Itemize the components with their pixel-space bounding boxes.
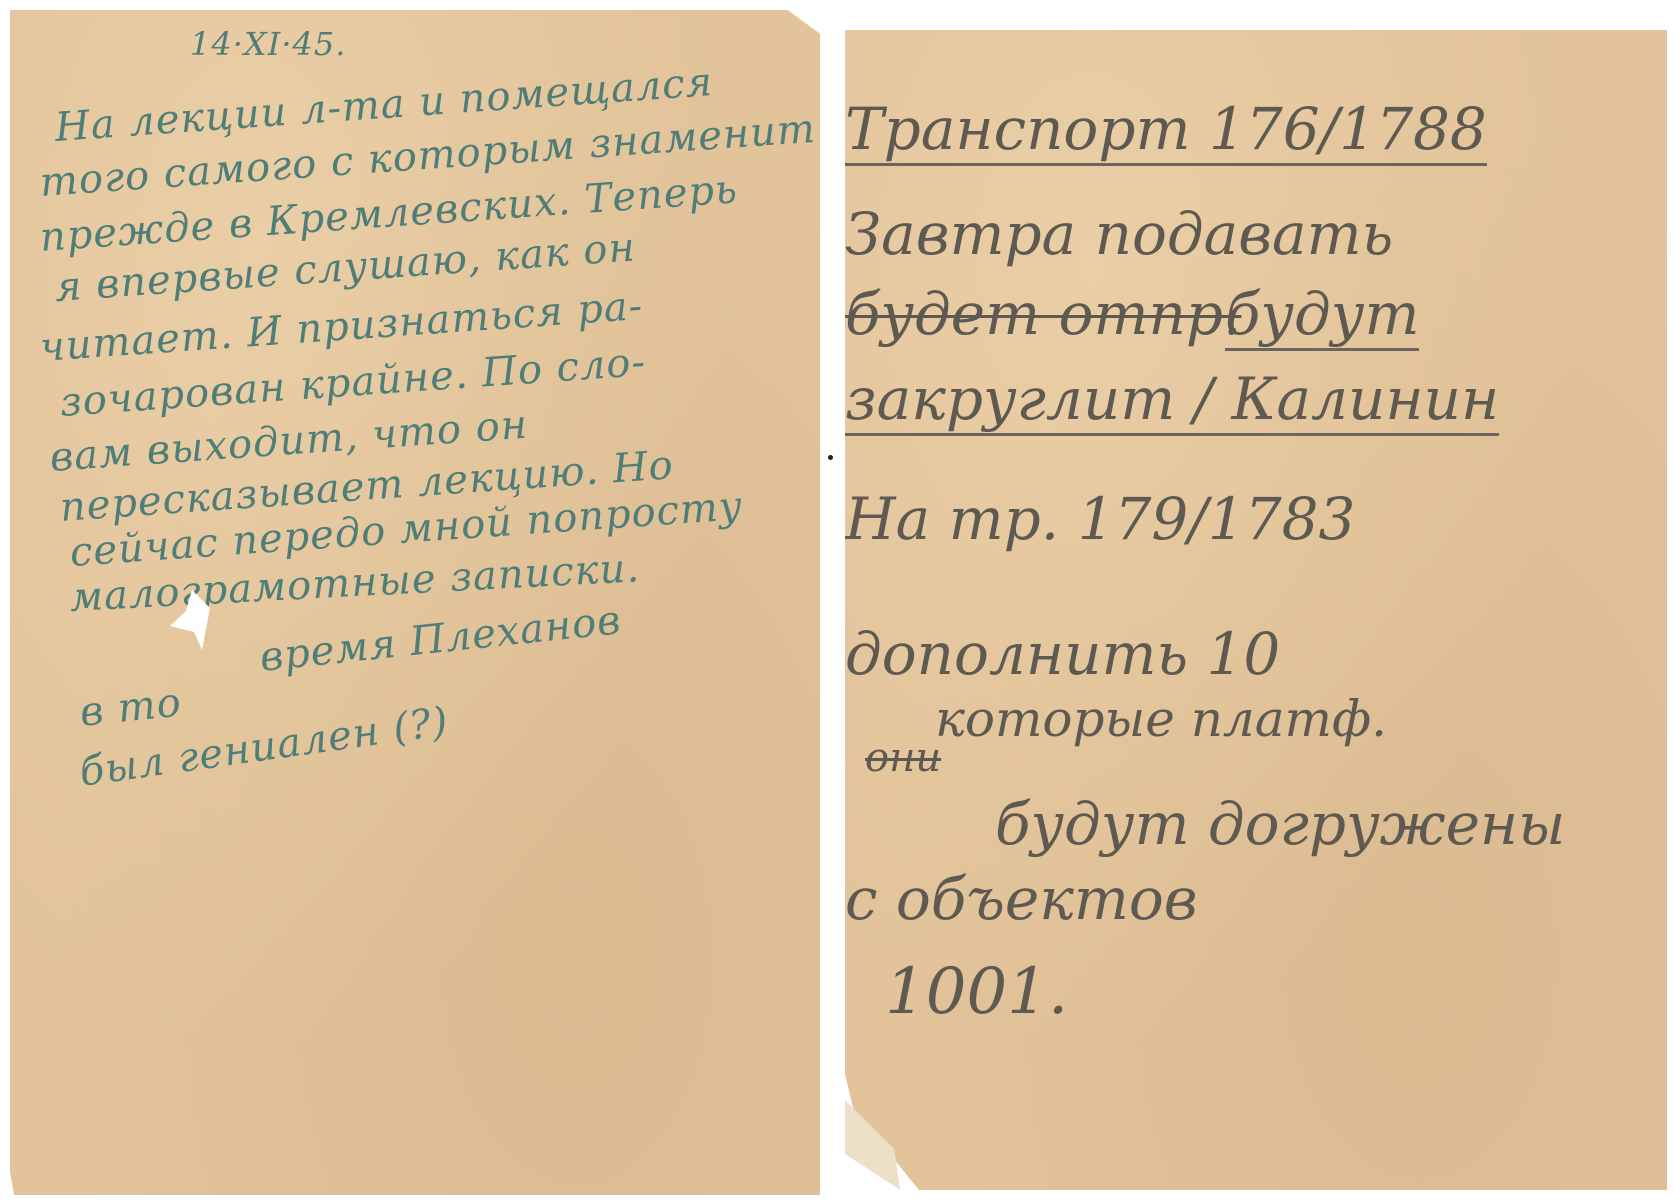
pencil-line: они xyxy=(865,735,941,781)
right-note-page: Транспорт 176/1788 Завтра подавать будет… xyxy=(845,30,1667,1190)
note-date: 14·XI·45. xyxy=(190,25,346,63)
pencil-line: 1001. xyxy=(885,955,1068,1029)
pencil-line: закруглит / Калинин xyxy=(845,365,1499,436)
pencil-line: которые платф. xyxy=(935,690,1387,748)
pencil-line: будут догружены xyxy=(995,790,1565,858)
ink-dot xyxy=(828,455,833,460)
handwritten-line: в то xyxy=(78,679,184,735)
pencil-line: дополнить 10 xyxy=(845,620,1280,688)
pencil-line: будет отпр. xyxy=(845,280,1241,348)
pencil-line: Завтра подавать xyxy=(845,200,1393,268)
pencil-line: На тр. 179/1783 xyxy=(845,485,1355,553)
handwritten-line: время Плеханов xyxy=(258,597,624,681)
pencil-line: с объектов xyxy=(845,865,1198,933)
pencil-line: Транспорт 176/1788 xyxy=(845,95,1487,166)
pencil-line: будут xyxy=(1225,280,1419,351)
left-note-page: 14·XI·45. На лекции л-та и помещался тог… xyxy=(10,10,820,1195)
